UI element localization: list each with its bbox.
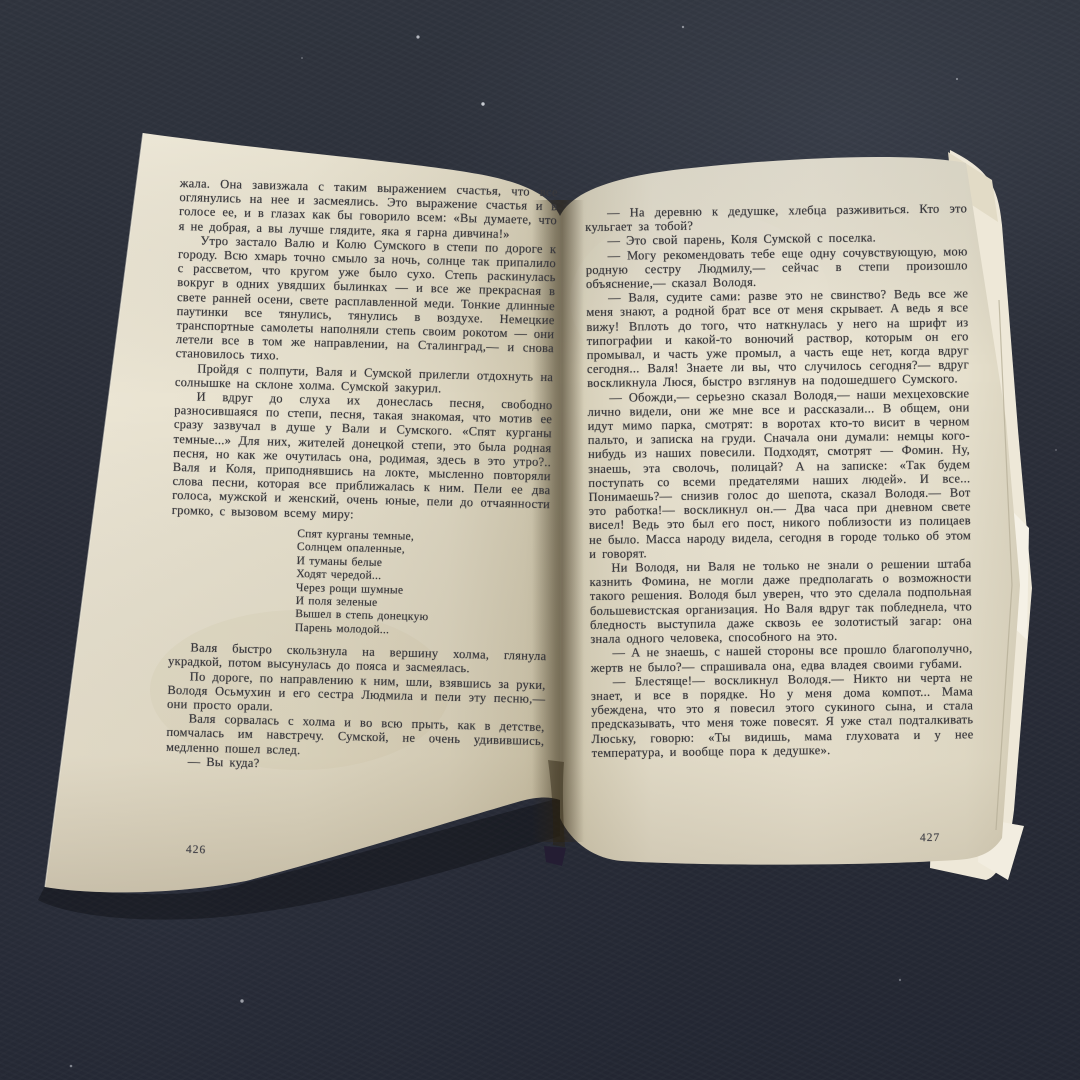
page-number-right: 427 <box>920 832 940 844</box>
paragraph: — Могу рекомендовать тебе еще одну сочув… <box>586 244 968 291</box>
right-page-text: — На деревню к дедушке, хлебца разживить… <box>585 201 974 760</box>
paragraph: жала. Она завизжала с таким выражением с… <box>179 176 558 242</box>
binding-glimpse <box>544 846 566 866</box>
poem-block: Спят курганы темные, Солнцем опаленные, … <box>295 528 550 641</box>
paragraph: — Блестяще!— воскликнул Володя.— Никто н… <box>591 670 974 760</box>
paragraph: — Обожди,— серьезно сказал Володя,— наши… <box>587 386 971 561</box>
paragraph: И вдруг до слуха их донеслась песня, сво… <box>172 389 553 526</box>
paragraph: Утро застало Валю и Колю Сумского в степ… <box>175 233 556 370</box>
paragraph: Ни Володя, ни Валя не только не знали о … <box>589 556 972 646</box>
paragraph: — Валя, судите сами: разве это не свинст… <box>586 287 969 391</box>
page-number-left: 426 <box>186 844 207 856</box>
paragraph: — А не знаешь, с нашей стороны все прошл… <box>590 642 972 675</box>
photo-background: { "colors": { "background_fabric": "#141… <box>0 0 1080 1080</box>
left-page-text: жала. Она завизжала с таким выражением с… <box>166 176 558 777</box>
